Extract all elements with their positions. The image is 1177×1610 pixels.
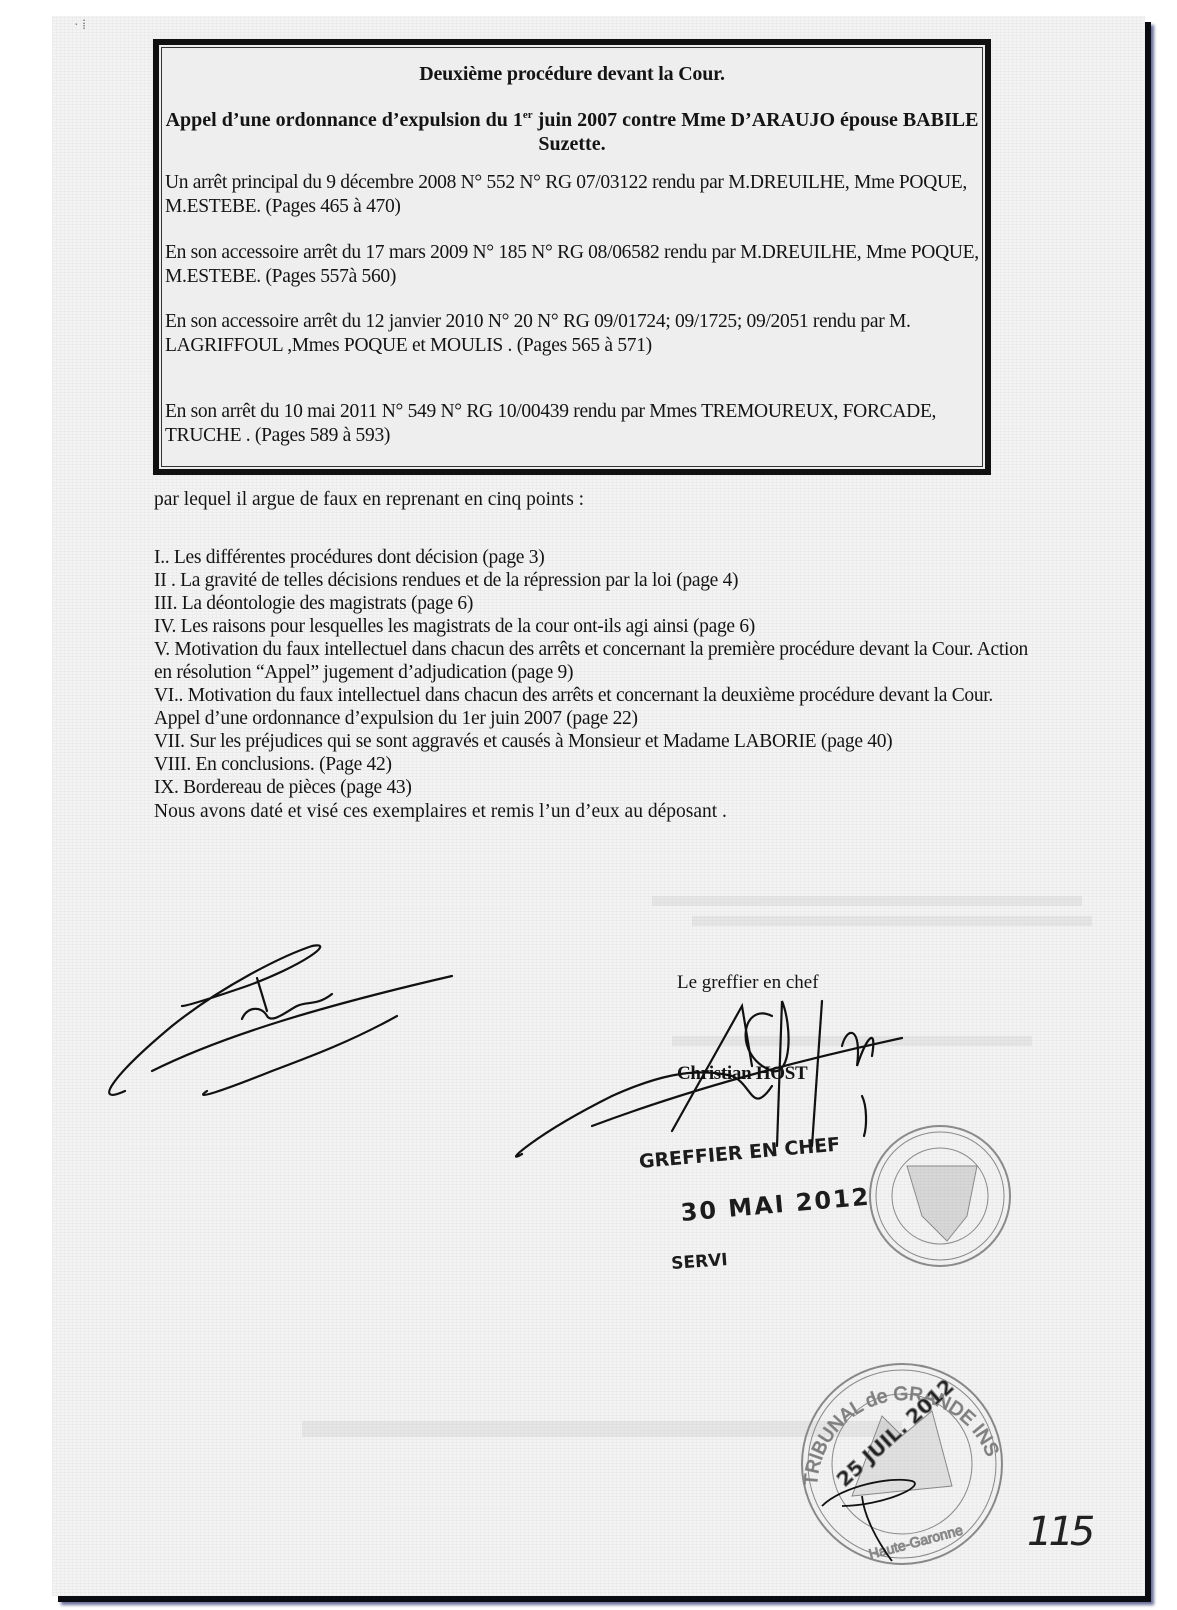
court-seal-upper-icon: [870, 1126, 1010, 1266]
court-seal-lower-icon: TRIBUNAL de GRANDE INSTANCE de TOULOUSE …: [52, 16, 1002, 1564]
page-number: 115: [1027, 1509, 1091, 1555]
scanned-page: · ⁞ Deuxième procédure devant la Cour. A…: [52, 16, 1145, 1596]
svg-text:Haute-Garonne: Haute-Garonne: [867, 1522, 965, 1562]
signature-left-icon: [109, 945, 452, 1095]
seal-round-text: TRIBUNAL de GRANDE INSTANCE de TOULOUSE: [52, 16, 1002, 1487]
handwriting-and-seals: TRIBUNAL de GRANDE INSTANCE de TOULOUSE …: [52, 16, 1145, 1596]
signature-right-icon: [516, 1001, 902, 1157]
